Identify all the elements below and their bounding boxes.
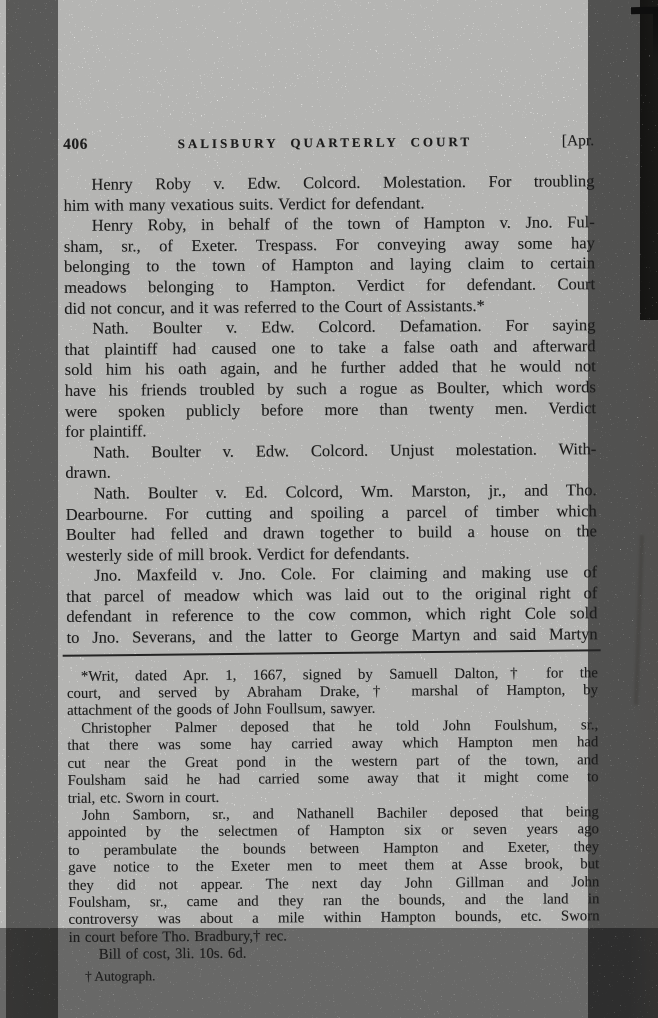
text-line: controversy was about a mile within Hamp… xyxy=(68,908,599,929)
paragraph: Nath. Boulter v. Edw. Colcord. Defamatio… xyxy=(64,315,596,442)
text-line: Bill of cost, 3li. 10s. 6d. xyxy=(69,943,600,964)
text-line: meadows belonging to Hampton. Verdict fo… xyxy=(64,274,595,298)
left-edge-shadow xyxy=(6,0,58,1018)
autograph-note: † Autograph. xyxy=(69,965,600,985)
paragraph: Jno. Maxfeild v. Jno. Cole. For claiming… xyxy=(66,562,598,648)
body-text: Henry Roby v. Edw. Colcord. Molestation.… xyxy=(63,171,597,648)
paragraph: Christopher Palmer deposed that he told … xyxy=(67,717,599,808)
paragraph: *Writ, dated Apr. 1, 1667, signed by Sam… xyxy=(67,665,598,721)
footnotes: *Writ, dated Apr. 1, 1667, signed by Sam… xyxy=(67,665,600,965)
page-content: 406 SALISBURY QUARTERLY COURT [Apr. Henr… xyxy=(63,132,600,984)
paragraph: Henry Roby, in behalf of the town of Ham… xyxy=(64,212,596,319)
paragraph: John Samborn, sr., and Nathanell Bachile… xyxy=(68,804,600,947)
right-edge-shadow xyxy=(628,0,658,1018)
page-number: 406 xyxy=(63,136,88,154)
paragraph: Henry Roby v. Edw. Colcord. Molestation.… xyxy=(63,171,594,216)
text-line: Boulter had felled and drawn together to… xyxy=(66,521,597,545)
running-header: 406 SALISBURY QUARTERLY COURT [Apr. xyxy=(63,132,594,154)
text-line: to Jno. Severans, and the latter to Geor… xyxy=(66,624,597,648)
text-line: Foulsham said he had carried some away t… xyxy=(67,769,598,790)
footnote-separator-rule xyxy=(63,649,601,656)
running-title: SALISBURY QUARTERLY COURT xyxy=(178,134,473,152)
text-line: were spoken publicly before more than tw… xyxy=(65,398,596,422)
month-marker: [Apr. xyxy=(562,132,594,150)
scan-artifact-right-edge xyxy=(653,9,658,109)
paragraph: Nath. Boulter v. Edw. Colcord. Unjust mo… xyxy=(65,439,596,484)
text-line: Nath. Boulter v. Edw. Colcord. Unjust mo… xyxy=(65,439,596,463)
paragraph: Nath. Boulter v. Ed. Colcord, Wm. Marsto… xyxy=(65,480,597,566)
text-line: Henry Roby v. Edw. Colcord. Molestation.… xyxy=(63,171,594,195)
scanned-book-page: 406 SALISBURY QUARTERLY COURT [Apr. Henr… xyxy=(0,0,658,1018)
paragraph: Bill of cost, 3li. 10s. 6d. xyxy=(69,943,600,964)
